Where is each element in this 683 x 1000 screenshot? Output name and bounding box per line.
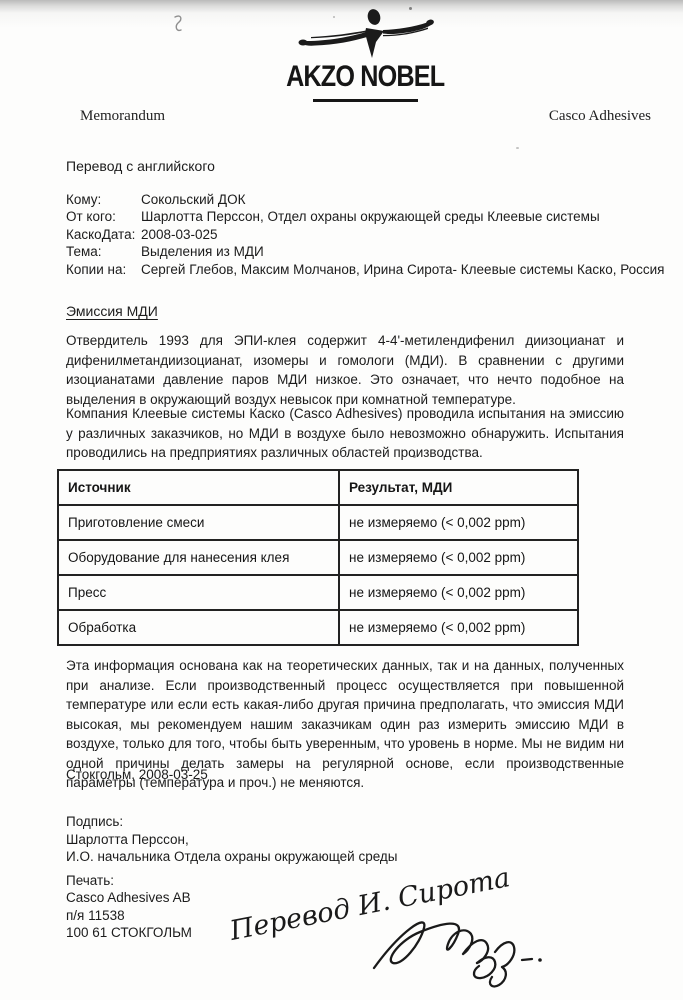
logo-wordmark: AKZO NOBEL xyxy=(286,60,444,94)
field-value: Сергей Глебов, Максим Молчанов, Ирина Си… xyxy=(141,261,664,278)
scan-speck xyxy=(516,147,519,149)
stamp-po-box: п/я 11538 xyxy=(66,907,192,924)
brand-name: Casco Adhesives xyxy=(549,108,651,125)
field-value: Шарлотта Перссон, Отдел охраны окружающе… xyxy=(141,208,600,225)
cell-result: не измеряемо (< 0,002 ppm) xyxy=(339,540,578,575)
field-label: Копии на: xyxy=(66,261,141,278)
handwritten-translation-note: Перевод И. Сирота xyxy=(226,862,512,947)
table-header-row: Источник Результат, МДИ xyxy=(58,470,578,505)
field-to: Кому: Сокольский ДОК xyxy=(66,191,664,208)
paragraph-testing-info: Компания Клеевые системы Каско (Casco Ad… xyxy=(66,404,624,463)
scanned-memo-page: AKZO NOBEL Memorandum Casco Adhesives Пе… xyxy=(0,0,683,1000)
cell-source: Приготовление смеси xyxy=(58,505,339,540)
signature-label: Подпись: xyxy=(66,813,398,831)
stamp-city: 100 61 СТОКГОЛЬМ xyxy=(66,924,192,941)
stamp-block: Печать: Casco Adhesives AB п/я 11538 100… xyxy=(66,872,192,941)
address-fields: Кому: Сокольский ДОК От кого: Шарлотта П… xyxy=(66,191,664,278)
cell-result: не измеряемо (< 0,002 ppm) xyxy=(339,575,578,610)
stamp-company: Casco Adhesives AB xyxy=(66,889,192,906)
mdi-results-table: Источник Результат, МДИ Приготовление см… xyxy=(57,469,579,646)
memo-header-row: Memorandum Casco Adhesives xyxy=(80,108,651,125)
field-subject: Тема: Выделения из МДИ xyxy=(66,243,664,260)
logo-underline xyxy=(313,99,418,102)
field-from: От кого: Шарлотта Перссон, Отдел охраны … xyxy=(66,208,664,225)
column-header-result: Результат, МДИ xyxy=(339,470,578,505)
cell-result: не измеряемо (< 0,002 ppm) xyxy=(339,610,578,645)
translation-note: Перевод с английского xyxy=(66,158,215,174)
paragraph-hardener-info: Отвердитель 1993 для ЭПИ-клея содержит 4… xyxy=(66,331,624,409)
field-value: Сокольский ДОК xyxy=(141,191,245,208)
akzo-nobel-logo: AKZO NOBEL xyxy=(48,6,683,102)
table-row: Пресс не измеряемо (< 0,002 ppm) xyxy=(58,575,578,610)
table-row: Приготовление смеси не измеряемо (< 0,00… xyxy=(58,505,578,540)
field-value: 2008-03-025 xyxy=(141,226,218,243)
field-value: Выделения из МДИ xyxy=(141,243,264,260)
akzo-nobel-man-icon xyxy=(295,6,437,58)
cell-source: Оборудование для нанесения клея xyxy=(58,540,339,575)
field-label: Тема: xyxy=(66,243,141,260)
cell-source: Пресс xyxy=(58,575,339,610)
handwritten-annotation: Перевод И. Сирота xyxy=(222,856,562,996)
signatory-name: Шарлотта Перссон, xyxy=(66,831,398,849)
cell-result: не измеряемо (< 0,002 ppm) xyxy=(339,505,578,540)
field-label: От кого: xyxy=(66,208,141,225)
handwritten-signature-flourish xyxy=(374,922,542,986)
field-casco-date: КаскоДата: 2008-03-025 xyxy=(66,226,664,243)
stamp-label: Печать: xyxy=(66,872,192,889)
table-row: Оборудование для нанесения клея не измер… xyxy=(58,540,578,575)
field-label: Кому: xyxy=(66,191,141,208)
dateline: Стокгольм, 2008-03-25 xyxy=(66,767,208,782)
table-row: Обработка не измеряемо (< 0,002 ppm) xyxy=(58,610,578,645)
field-copies: Копии на: Сергей Глебов, Максим Молчанов… xyxy=(66,261,664,278)
memorandum-label: Memorandum xyxy=(80,108,165,125)
cell-source: Обработка xyxy=(58,610,339,645)
field-label: КаскоДата: xyxy=(66,226,141,243)
column-header-source: Источник xyxy=(58,470,339,505)
section-heading-mdi-emission: Эмиссия МДИ xyxy=(66,303,158,319)
